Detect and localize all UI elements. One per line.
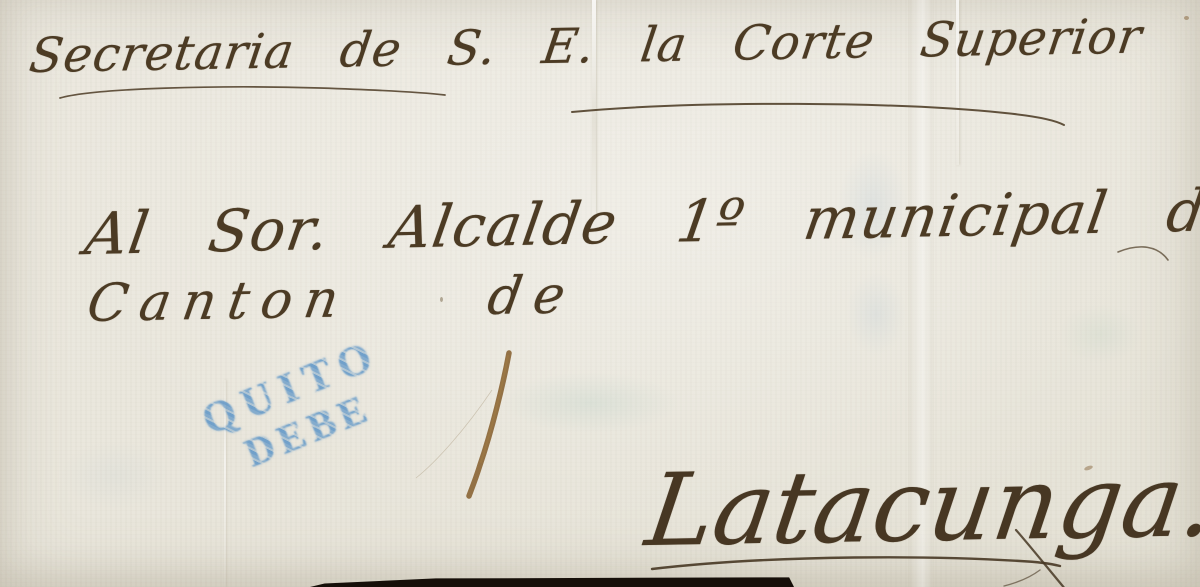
destination-descender-flick: [1004, 570, 1040, 586]
ink-showthrough-smudge: [1058, 304, 1142, 364]
postal-handstamp-quito-debe: QUITO DEBE: [192, 330, 420, 518]
ink-showthrough-smudge: [846, 272, 906, 356]
header-line-secretaria: Secretaria de S. E. la Corte Superior: [26, 9, 1146, 85]
ink-showthrough-smudge: [60, 440, 170, 510]
ink-showthrough-smudge: [500, 372, 680, 434]
dark-table-edge: [310, 576, 794, 587]
address-tail-stroke: [1118, 247, 1168, 260]
header-underline-right: [572, 104, 1064, 125]
header-underline-left: [60, 87, 445, 98]
hairline-scratch: [416, 390, 492, 478]
rate-mark-1-stroke: [469, 353, 509, 496]
address-line-canton: Canton de: [83, 265, 581, 334]
paper-speck: [1184, 16, 1189, 20]
letter-cover: Secretaria de S. E. la Corte Superior Al…: [0, 0, 1200, 587]
rate-mark-1-stroke-highlight: [481, 356, 508, 462]
address-line-alcalde: Al Sor. Alcalde 1º municipal del: [81, 175, 1200, 268]
destination-latacunga: Latacunga.: [640, 442, 1200, 569]
